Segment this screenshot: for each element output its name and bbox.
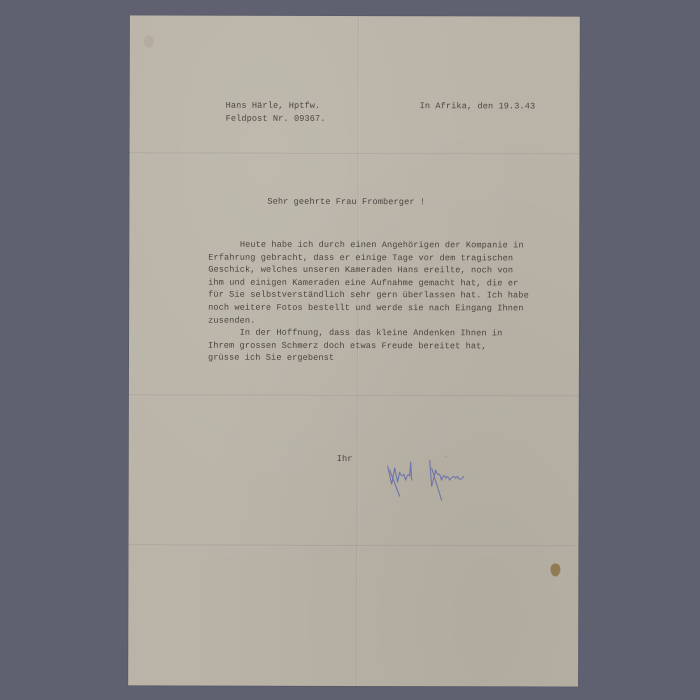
place-date: In Afrika, den 19.3.43 [420,100,536,113]
horizontal-fold-3 [128,544,578,547]
letter-body: Heute habe ich durch einen Angehörigen d… [208,239,529,366]
body-line: für Sie selbstverständlich sehr gern übe… [208,289,529,302]
sender-name: Hans Härle, Hptfw. [226,101,321,111]
paper-spot [144,35,154,47]
horizontal-fold-1 [130,152,580,155]
sender-feldpost: Feldpost Nr. 09367. [226,113,326,123]
body-line: In der Hoffnung, dass das kleine Andenke… [208,327,529,340]
letter-paper: Hans Härle, Hptfw. Feldpost Nr. 09367. I… [128,15,580,686]
body-line: zusenden. [208,314,529,327]
body-line: Heute habe ich durch einen Angehörigen d… [208,239,529,252]
body-line: noch weitere Fotos bestellt und werde si… [208,302,529,315]
body-line: Erfahrung gebracht, dass er einige Tage … [208,251,529,264]
body-line: grüsse ich Sie ergebenst [208,352,529,365]
stain-mark [550,564,560,577]
body-line: Ihrem grossen Schmerz doch etwas Freude … [208,339,529,352]
body-line: Geschick, welches unseren Kameraden Hans… [208,264,529,277]
body-line: ihm und einigen Kameraden eine Aufnahme … [208,276,529,289]
horizontal-fold-2 [129,394,579,397]
closing: Ihr [337,453,353,466]
sender-block: Hans Härle, Hptfw. Feldpost Nr. 09367. [226,100,326,125]
salutation: Sehr geehrte Frau Fromberger ! [267,196,425,209]
signature-icon [384,456,484,506]
